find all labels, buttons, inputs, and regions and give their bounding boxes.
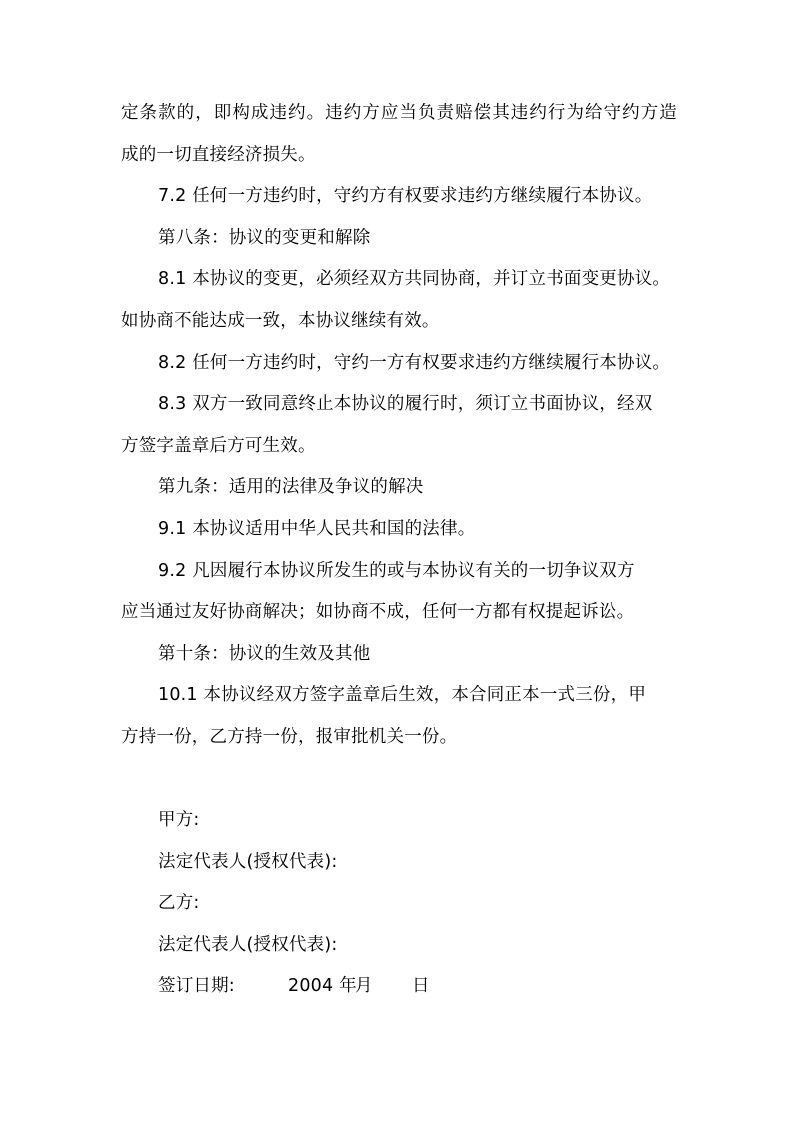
text-line: 应当通过友好协商解决；如协商不成，任何一方都有权提起诉讼。 [121, 592, 677, 634]
party-b-representative-label: 法定代表人(授权代表): [121, 925, 677, 967]
party-a-label: 甲方: [121, 800, 677, 842]
blank-line [121, 759, 677, 801]
article-10-heading: 第十条：协议的生效及其他 [121, 634, 677, 676]
text-line: 如协商不能达成一致，本协议继续有效。 [121, 301, 677, 343]
text-line: 7.2 任何一方违约时，守约方有权要求违约方继续履行本协议。 [121, 176, 677, 218]
section-heading: 第八条：协议的变更和解除 [121, 218, 677, 260]
signature-block: 甲方: 法定代表人(授权代表): 乙方: 法定代表人(授权代表): 签订日期:2… [121, 800, 677, 1008]
text-line: 8.3 双方一致同意终止本协议的履行时，须订立书面协议，经双 [121, 384, 677, 426]
text-line: 成的一切直接经济损失。 [121, 135, 677, 177]
paragraph-7-2: 7.2 任何一方违约时，守约方有权要求违约方继续履行本协议。 [121, 176, 677, 218]
text-line: 9.2 凡因履行本协议所发生的或与本协议有关的一切争议双方 [121, 551, 677, 593]
party-b-label: 乙方: [121, 883, 677, 925]
paragraph-8-1: 8.1 本协议的变更，必须经双方共同协商，并订立书面变更协议。 如协商不能达成一… [121, 259, 677, 342]
paragraph-8-2: 8.2 任何一方违约时，守约一方有权要求违约方继续履行本协议。 [121, 343, 677, 385]
paragraph-10-1: 10.1 本协议经双方签字盖章后生效，本合同正本一式三份，甲 方持一份，乙方持一… [121, 675, 677, 758]
text-line: 方签字盖章后方可生效。 [121, 426, 677, 468]
signing-date-month: 月 [355, 966, 412, 1008]
signing-date-line: 签订日期:2004 年月日 [121, 966, 677, 1008]
text-line: 8.1 本协议的变更，必须经双方共同协商，并订立书面变更协议。 [121, 259, 677, 301]
paragraph-breach-liability: 定条款的，即构成违约。违约方应当负责赔偿其违约行为给守约方造 成的一切直接经济损… [121, 93, 677, 176]
signing-date-label: 签订日期: [158, 966, 288, 1008]
paragraph-9-1: 9.1 本协议适用中华人民共和国的法律。 [121, 509, 677, 551]
party-a-representative-label: 法定代表人(授权代表): [121, 842, 677, 884]
text-line: 10.1 本协议经双方签字盖章后生效，本合同正本一式三份，甲 [121, 675, 677, 717]
paragraph-9-2: 9.2 凡因履行本协议所发生的或与本协议有关的一切争议双方 应当通过友好协商解决… [121, 551, 677, 634]
section-heading: 第十条：协议的生效及其他 [121, 634, 677, 676]
paragraph-8-3: 8.3 双方一致同意终止本协议的履行时，须订立书面协议，经双 方签字盖章后方可生… [121, 384, 677, 467]
text-line: 方持一份，乙方持一份，报审批机关一份。 [121, 717, 677, 759]
signing-date-day: 日 [412, 966, 430, 1008]
article-9-heading: 第九条：适用的法律及争议的解决 [121, 467, 677, 509]
section-heading: 第九条：适用的法律及争议的解决 [121, 467, 677, 509]
signing-date-year: 2004 年 [288, 966, 355, 1008]
text-line: 定条款的，即构成违约。违约方应当负责赔偿其违约行为给守约方造 [121, 93, 677, 135]
article-8-heading: 第八条：协议的变更和解除 [121, 218, 677, 260]
text-line: 8.2 任何一方违约时，守约一方有权要求违约方继续履行本协议。 [121, 343, 677, 385]
document-page: 定条款的，即构成违约。违约方应当负责赔偿其违约行为给守约方造 成的一切直接经济损… [121, 93, 677, 1008]
text-line: 9.1 本协议适用中华人民共和国的法律。 [121, 509, 677, 551]
